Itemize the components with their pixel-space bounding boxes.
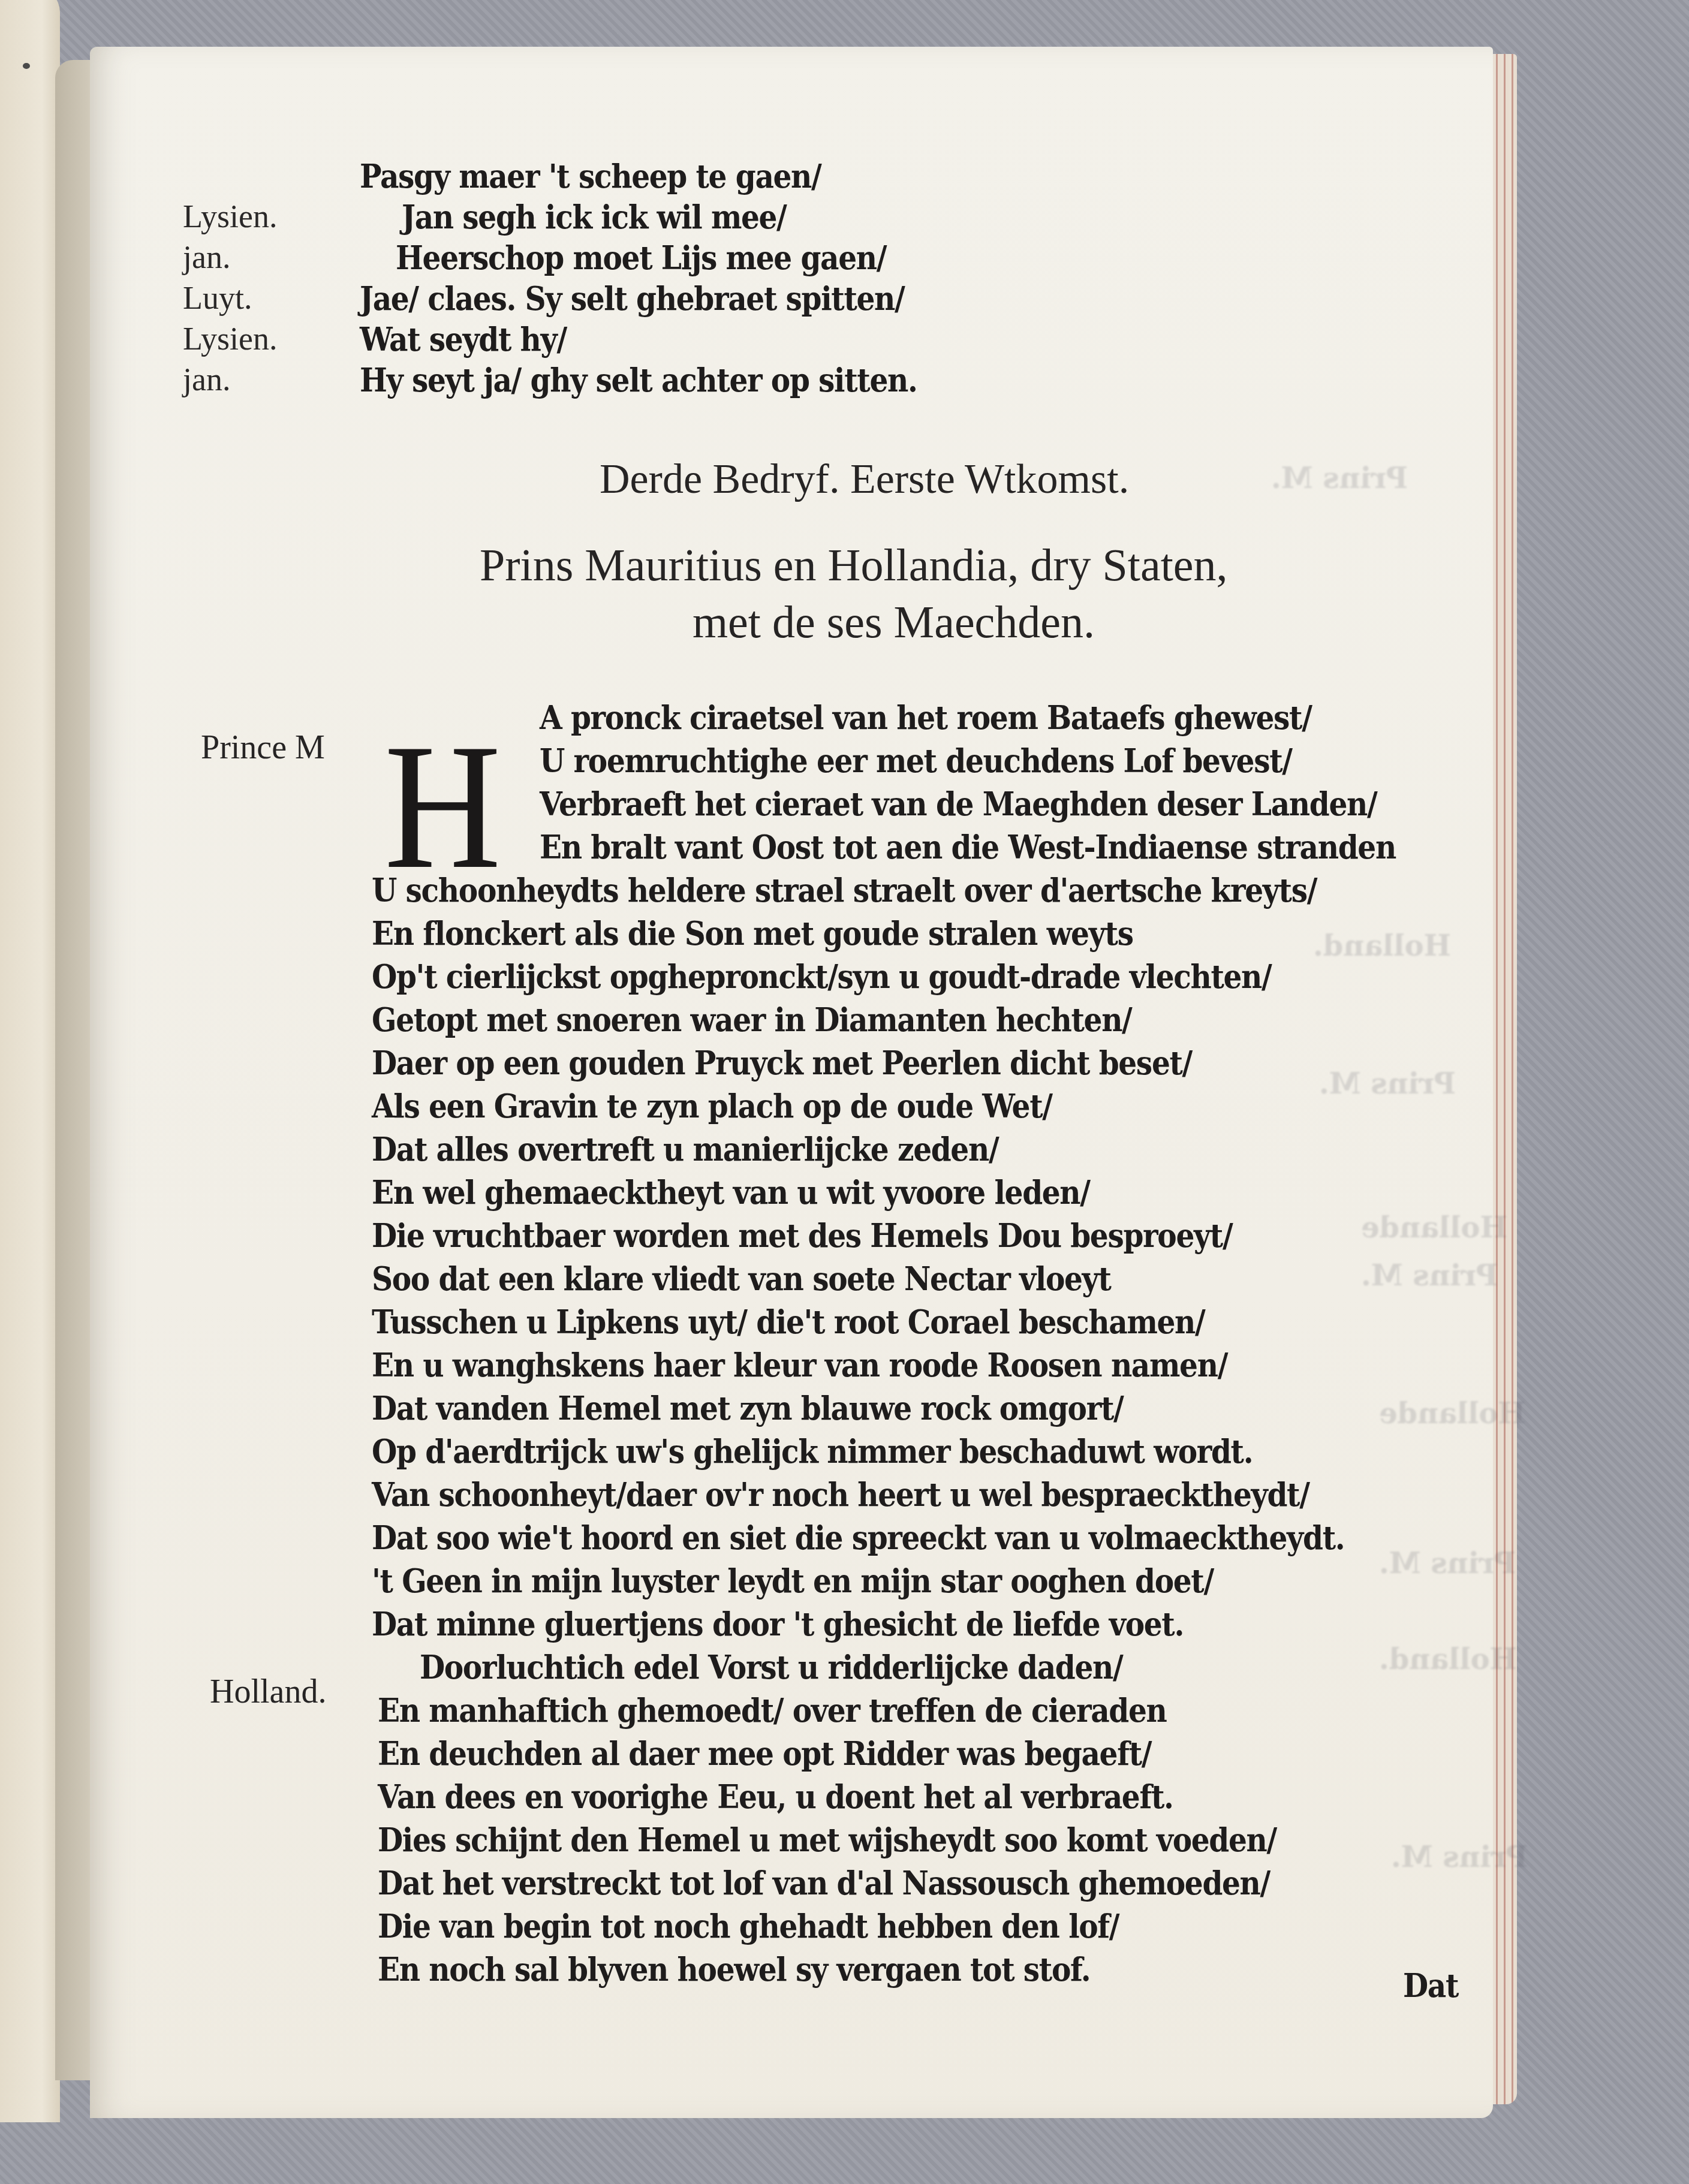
verse-line: Dat alles overtreft u manierlijcke zeden… bbox=[372, 1130, 998, 1168]
ghost-margin-label: Prins M. bbox=[1361, 1259, 1498, 1293]
dialogue-line: Heerschop moet Lijs mee gaen/ bbox=[396, 239, 886, 277]
verse-line: U schoonheydts heldere strael straelt ov… bbox=[372, 871, 1317, 909]
catchword: Dat bbox=[1403, 1966, 1458, 2005]
verse-line: Tusschen u Lipkens uyt/ die't root Corae… bbox=[372, 1303, 1205, 1341]
verse-line: Van dees en voorighe Eeu, u doent het al… bbox=[378, 1778, 1173, 1816]
speaker-label: Lysien. bbox=[183, 320, 278, 357]
dialogue-line: Jan segh ick ick wil mee/ bbox=[402, 198, 787, 236]
verse-line: Getopt met snoeren waer in Diamanten hec… bbox=[372, 1001, 1132, 1039]
verse-line: Doorluchtich edel Vorst u ridderlijcke d… bbox=[420, 1648, 1122, 1686]
verse-line: Dat minne gluertjens door 't ghesicht de… bbox=[372, 1605, 1184, 1643]
verse-line: Van schoonheyt/daer ov'r noch heert u we… bbox=[372, 1475, 1309, 1514]
verse-line: Die van begin tot noch ghehadt hebben de… bbox=[378, 1907, 1119, 1945]
speaker-label-holland: Holland. bbox=[210, 1673, 326, 1711]
speaker-label: Luyt. bbox=[183, 279, 252, 317]
verse-line: Verbraeft het cieraet van de Maeghden de… bbox=[540, 785, 1377, 823]
verse-line: Dat vanden Hemel met zyn blauwe rock omg… bbox=[372, 1389, 1123, 1427]
verse-line: Daer op een gouden Pruyck met Peerlen di… bbox=[372, 1044, 1192, 1082]
speaker-label: Lysien. bbox=[183, 198, 278, 235]
verse-line: En manhaftich ghemoedt/ over treffen de … bbox=[378, 1691, 1167, 1730]
ghost-margin-label: Prins M. bbox=[1319, 1067, 1456, 1101]
verse-line: Op't cierlijckst opghepronckt/syn u goud… bbox=[372, 957, 1271, 996]
verse-line: Dat soo wie't hoord en siet die spreeckt… bbox=[372, 1519, 1344, 1557]
red-sprinkled-fore-edge bbox=[1493, 54, 1517, 2104]
verse-line: A pronck ciraetsel van het roem Bataefs … bbox=[540, 698, 1312, 737]
ghost-margin-label: Prins M. bbox=[1271, 462, 1408, 495]
act-heading: Derde Bedryf. Eerste Wtkomst. bbox=[600, 456, 1129, 504]
speaker-label: jan. bbox=[183, 239, 230, 276]
ghost-margin-label: Hollande bbox=[1379, 1397, 1525, 1430]
ghost-margin-label: Holland. bbox=[1379, 1643, 1517, 1676]
verse-line: En bralt vant Oost tot aen die West-Indi… bbox=[540, 828, 1396, 866]
verse-line: Dies schijnt den Hemel u met wijsheydt s… bbox=[378, 1821, 1276, 1859]
verse-line: En wel ghemaecktheyt van u wit yvoore le… bbox=[372, 1173, 1090, 1212]
verse-line: U roemruchtighe eer met deuchdens Lof be… bbox=[540, 742, 1292, 780]
verse-line: En u wanghskens haer kleur van roode Roo… bbox=[372, 1346, 1227, 1384]
scene-title-line-1: Prins Mauritius en Hollandia, dry Staten… bbox=[480, 540, 1228, 592]
verse-line: En flonckert als die Son met goude stral… bbox=[372, 914, 1133, 953]
drop-cap-initial: H bbox=[384, 716, 501, 896]
ghost-margin-label: Holland. bbox=[1313, 929, 1451, 963]
ghost-margin-label: Prins M. bbox=[1391, 1840, 1528, 1874]
dialogue-line: Jae/ claes. Sy selt ghebraet spitten/ bbox=[360, 279, 904, 318]
verse-line: Als een Gravin te zyn plach op de oude W… bbox=[372, 1087, 1052, 1125]
dialogue-line: Wat seydt hy/ bbox=[360, 320, 567, 359]
verse-line: Die vruchtbaer worden met des Hemels Dou… bbox=[372, 1216, 1232, 1255]
dialogue-line: Pasgy maer 't scheep te gaen/ bbox=[360, 157, 821, 195]
ghost-margin-label: Hollande bbox=[1361, 1211, 1507, 1245]
verse-line: 't Geen in mijn luyster leydt en mijn st… bbox=[372, 1562, 1214, 1600]
speaker-label: jan. bbox=[183, 361, 230, 398]
dialogue-line: Hy seyt ja/ ghy selt achter op sitten. bbox=[360, 361, 917, 399]
verse-line: En deuchden al daer mee opt Ridder was b… bbox=[378, 1734, 1151, 1773]
verse-line: Dat het verstreckt tot lof van d'al Nass… bbox=[378, 1864, 1270, 1902]
speaker-label-prince: Prince M bbox=[201, 728, 325, 767]
scene-title-line-2: met de ses Maechden. bbox=[693, 597, 1095, 649]
ghost-margin-label: Prins M. bbox=[1379, 1547, 1516, 1580]
verso-page-edge bbox=[0, 0, 60, 2122]
verse-line: Soo dat een klare vliedt van soete Necta… bbox=[372, 1260, 1111, 1298]
ink-speck bbox=[23, 63, 30, 69]
verse-line: En noch sal blyven hoewel sy vergaen tot… bbox=[378, 1950, 1090, 1989]
verse-line: Op d'aerdtrijck uw's ghelijck nimmer bes… bbox=[372, 1432, 1253, 1471]
